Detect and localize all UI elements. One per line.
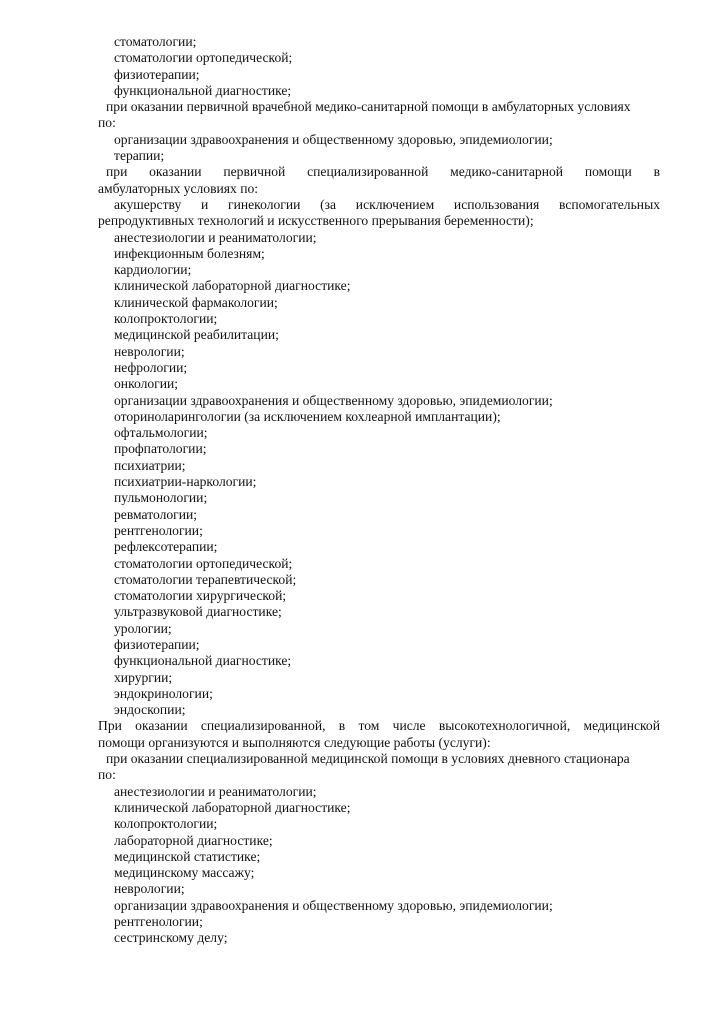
list-item: медицинскому массажу;: [98, 865, 660, 881]
list-item: психиатрии;: [98, 458, 660, 474]
list-item: стоматологии хирургической;: [98, 588, 660, 604]
list-item: анестезиологии и реаниматологии;: [98, 230, 660, 246]
list-item: пульмонологии;: [98, 490, 660, 506]
list-item: оториноларингологии (за исключением кохл…: [98, 409, 660, 425]
heading-day-hospital: при оказании специализированной медицинс…: [98, 751, 660, 784]
list-block-1: стоматологии; стоматологии ортопедическо…: [98, 34, 660, 99]
list-item-line: акушерству и гинекологии (за исключением…: [98, 197, 660, 213]
list-item: рефлексотерапии;: [98, 539, 660, 555]
list-item: организации здравоохранения и общественн…: [98, 898, 660, 914]
list-block-3: анестезиологии и реаниматологии;инфекцио…: [98, 230, 660, 719]
list-item: колопроктологии;: [98, 311, 660, 327]
list-item: хирургии;: [98, 670, 660, 686]
list-item: стоматологии ортопедической;: [98, 556, 660, 572]
list-item: неврологии;: [98, 344, 660, 360]
list-item: психиатрии-наркологии;: [98, 474, 660, 490]
list-item: колопроктологии;: [98, 816, 660, 832]
heading-line: по:: [98, 767, 660, 783]
list-item: рентгенологии;: [98, 914, 660, 930]
list-item: организации здравоохранения и общественн…: [98, 393, 660, 409]
list-item: клинической лабораторной диагностике;: [98, 800, 660, 816]
heading-primary-doctor-care: при оказании первичной врачебной медико-…: [98, 99, 660, 132]
heading-line: при оказании первичной специализированно…: [98, 164, 660, 180]
heading-line: по:: [98, 115, 660, 131]
document-page: стоматологии; стоматологии ортопедическо…: [98, 34, 660, 947]
list-item: неврологии;: [98, 881, 660, 897]
heading-line: при оказании первичной врачебной медико-…: [98, 99, 660, 115]
heading-primary-specialized-care: при оказании первичной специализированно…: [98, 164, 660, 197]
list-item: клинической лабораторной диагностике;: [98, 278, 660, 294]
list-item: эндокринологии;: [98, 686, 660, 702]
list-item: сестринскому делу;: [98, 930, 660, 946]
list-item: клинической фармакологии;: [98, 295, 660, 311]
list-item-obstetrics: акушерству и гинекологии (за исключением…: [98, 197, 660, 230]
list-item: медицинской статистике;: [98, 849, 660, 865]
list-item: офтальмологии;: [98, 425, 660, 441]
list-item: эндоскопии;: [98, 702, 660, 718]
list-block-2: организации здравоохранения и общественн…: [98, 132, 660, 165]
list-item-line: репродуктивных технологий и искусственно…: [98, 213, 660, 229]
list-item: функциональной диагностике;: [98, 653, 660, 669]
list-item: лабораторной диагностике;: [98, 833, 660, 849]
list-item: урологии;: [98, 621, 660, 637]
list-item: профпатологии;: [98, 441, 660, 457]
list-item: рентгенологии;: [98, 523, 660, 539]
list-item: стоматологии ортопедической;: [98, 50, 660, 66]
list-item: организации здравоохранения и общественн…: [98, 132, 660, 148]
list-item: стоматологии;: [98, 34, 660, 50]
list-item: анестезиологии и реаниматологии;: [98, 784, 660, 800]
list-item: медицинской реабилитации;: [98, 327, 660, 343]
list-item: нефрологии;: [98, 360, 660, 376]
paragraph-line: При оказании специализированной, в том ч…: [98, 718, 660, 734]
list-item: функциональной диагностике;: [98, 83, 660, 99]
paragraph-specialized-care: При оказании специализированной, в том ч…: [98, 718, 660, 751]
list-item: онкологии;: [98, 376, 660, 392]
list-item: ревматологии;: [98, 507, 660, 523]
list-item: физиотерапии;: [98, 67, 660, 83]
list-item: терапии;: [98, 148, 660, 164]
heading-line: при оказании специализированной медицинс…: [98, 751, 660, 767]
list-block-4: анестезиологии и реаниматологии;клиничес…: [98, 784, 660, 947]
paragraph-line: помощи организуются и выполняются следую…: [98, 735, 660, 751]
list-item: стоматологии терапевтической;: [98, 572, 660, 588]
list-item: инфекционным болезням;: [98, 246, 660, 262]
list-item: кардиологии;: [98, 262, 660, 278]
list-item: ультразвуковой диагностике;: [98, 604, 660, 620]
list-item: физиотерапии;: [98, 637, 660, 653]
heading-line: амбулаторных условиях по:: [98, 181, 660, 197]
